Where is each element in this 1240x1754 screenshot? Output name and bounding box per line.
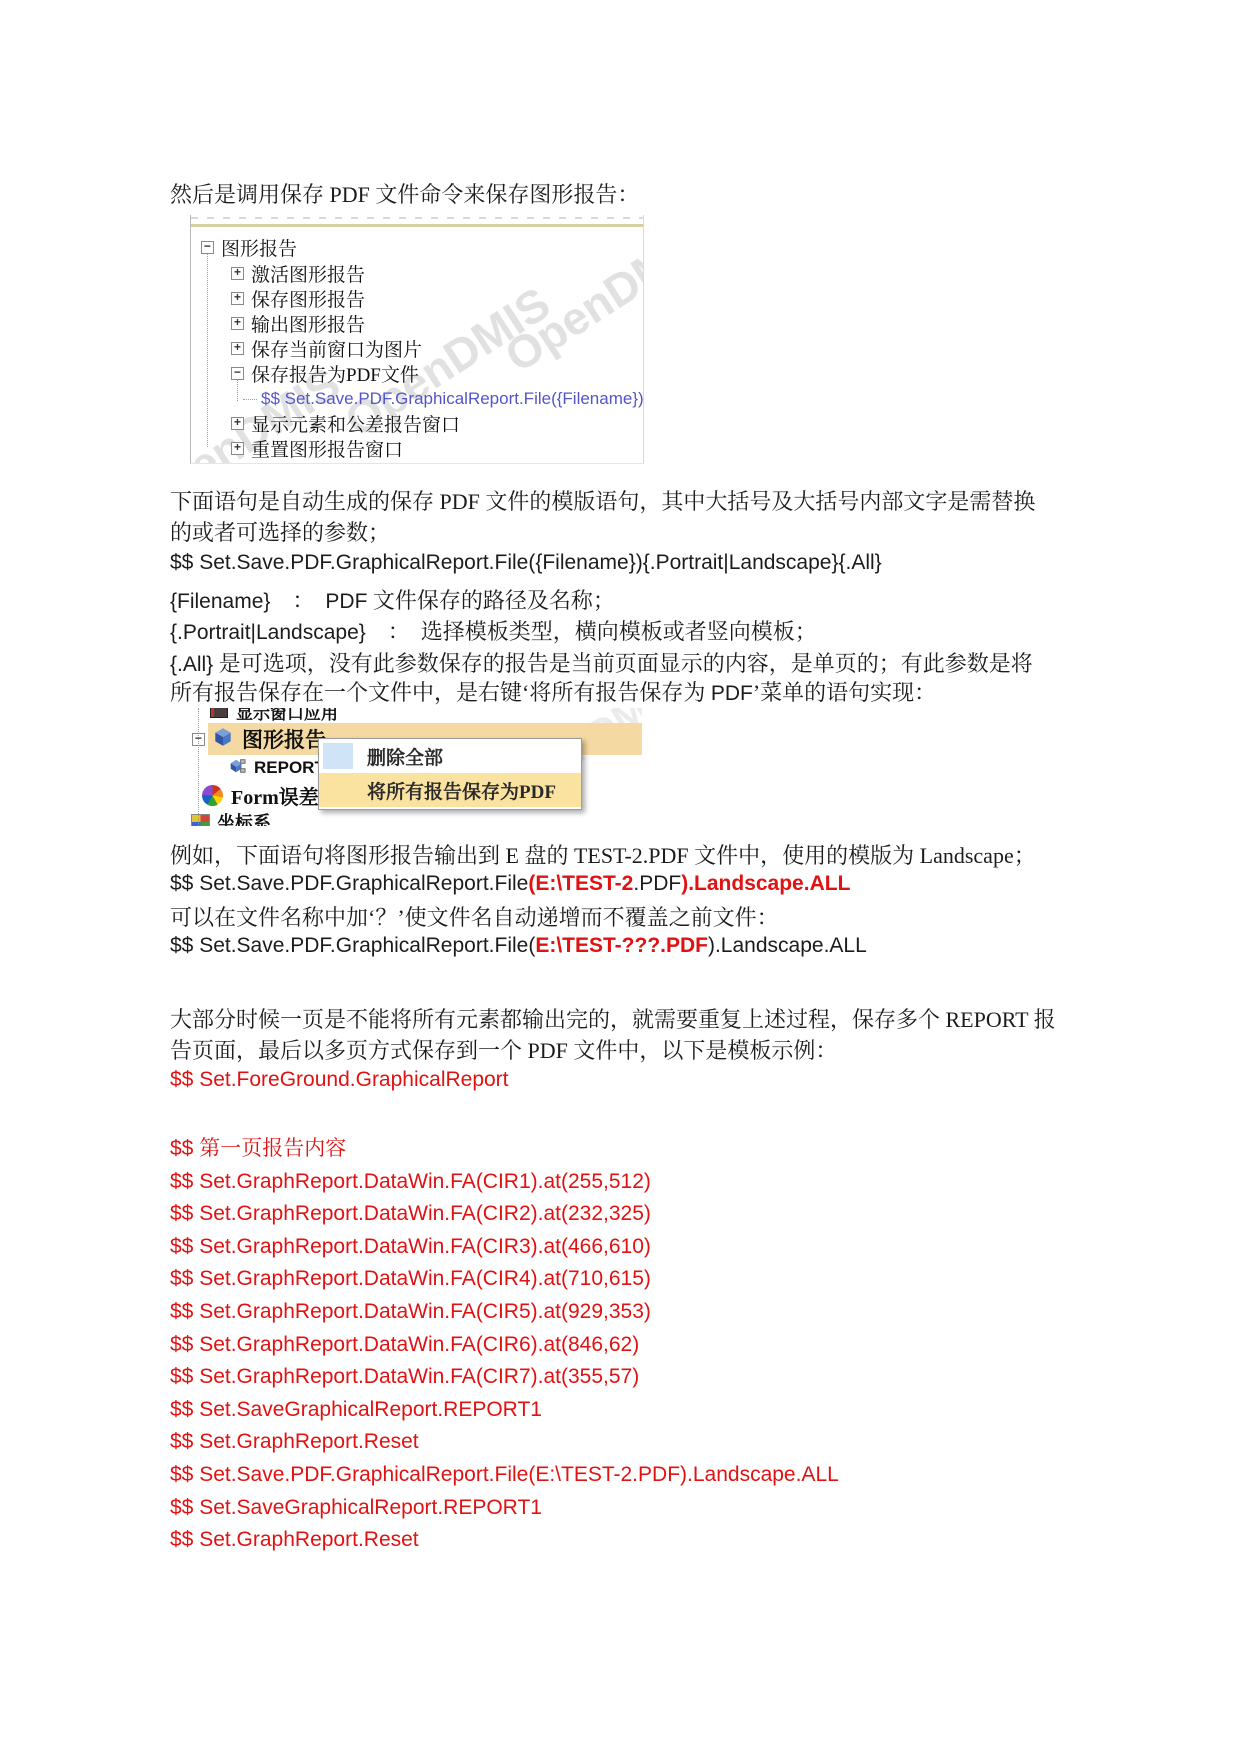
tree-item-label: 显示窗口应用 <box>236 708 338 724</box>
template-example-block: $$ 第一页报告内容 $$ Set.GraphReport.DataWin.FA… <box>170 1133 839 1557</box>
tree-item-label: 保存当前窗口为图片 <box>251 335 422 362</box>
param-term: {Filename} <box>170 590 270 613</box>
menu-item-delete-all[interactable]: 删除全部 <box>319 739 581 773</box>
tree-item-save-window-image[interactable]: + 保存当前窗口为图片 <box>231 336 422 360</box>
context-menu-screenshot-image: OpenDMIS 显示窗口应用 − 图形报告 REPORT1 Form误差 <box>190 708 642 826</box>
expand-minus-icon[interactable]: − <box>201 241 214 254</box>
menu-item-label: 删除全部 <box>367 743 443 770</box>
form-error-pie-icon <box>202 785 223 806</box>
heading-line: 然后是调用保存 PDF 文件命令来保存图形报告： <box>170 180 1080 210</box>
tree-item-label: $$ Set.Save.PDF.GraphicalReport.File({Fi… <box>261 389 644 409</box>
tree-item-label: 保存报告为PDF文件 <box>251 360 419 387</box>
tree-item-show-tolerance-window[interactable]: + 显示元素和公差报告窗口 <box>231 411 460 435</box>
param-desc: 是可选项，没有此参数保存的报告是当前页面显示的内容，是单页的；有此参数是将 <box>213 651 1033 676</box>
command-segment: $$ Set.Save.PDF.GraphicalReport.File( <box>170 934 535 957</box>
template-command-line: $$ Set.Save.PDF.GraphicalReport.File({Fi… <box>170 551 882 575</box>
tree-item-label: 输出图形报告 <box>251 310 365 337</box>
expand-plus-icon[interactable]: + <box>231 442 244 455</box>
param-term: {.Portrait|Landscape} <box>170 621 366 644</box>
example-command-line: $$ Set.Save.PDF.GraphicalReport.File(E:\… <box>170 872 850 896</box>
template-line: $$ Set.GraphReport.DataWin.FA(CIR5).at(9… <box>170 1296 839 1329</box>
command-segment-red: E:\TEST-???.PDF <box>535 934 708 957</box>
param-desc: 所有报告保存在一个文件中，是右键‘将所有报告保存为 <box>170 680 711 705</box>
paragraph-line: 告页面，最后以多页方式保存到一个 PDF 文件中，以下是模板示例： <box>170 1036 1080 1066</box>
expand-plus-icon[interactable]: + <box>231 417 244 430</box>
tree-item-reset-report-window[interactable]: + 重置图形报告窗口 <box>231 436 403 460</box>
template-line: $$ Set.GraphReport.DataWin.FA(CIR6).at(8… <box>170 1329 839 1362</box>
tree-item-label: 显示元素和公差报告窗口 <box>251 410 460 437</box>
tree-item-pdf-command[interactable]: $$ Set.Save.PDF.GraphicalReport.File({Fi… <box>243 387 644 411</box>
foreground-command-line: $$ Set.ForeGround.GraphicalReport <box>170 1068 509 1092</box>
template-line: $$ Set.GraphReport.DataWin.FA(CIR4).at(7… <box>170 1263 839 1296</box>
tree-item-label: 激活图形报告 <box>251 260 365 287</box>
param-desc: ： 选择模板类型，横向模板或者竖向模板； <box>366 619 817 644</box>
template-line: $$ Set.GraphReport.DataWin.FA(CIR3).at(4… <box>170 1231 839 1264</box>
tree-connector-line <box>207 249 208 447</box>
param-desc: 文件保存的路径及名称； <box>367 588 615 613</box>
example-intro-line: 例如，下面语句将图形报告输出到 E 盘的 TEST-2.PDF 文件中，使用的模… <box>170 841 1080 871</box>
tree-item-save-report[interactable]: + 保存图形报告 <box>231 286 365 310</box>
command-segment: .PDF <box>633 872 681 895</box>
example-command-line: $$ Set.Save.PDF.GraphicalReport.File(E:\… <box>170 934 867 958</box>
command-segment: $$ Set.Save.PDF.GraphicalReport.File <box>170 872 528 895</box>
expand-plus-icon[interactable]: + <box>231 317 244 330</box>
example-intro-line: 可以在文件名称中加‘？’使文件名自动递增而不覆盖之前文件： <box>170 903 1080 933</box>
param-term: {.All} <box>170 653 213 676</box>
template-line: $$ 第一页报告内容 <box>170 1133 839 1166</box>
paragraph-line: 的或者可选择的参数； <box>170 518 1080 548</box>
menu-item-label: 将所有报告保存为PDF <box>367 777 556 804</box>
expand-plus-icon[interactable]: + <box>231 292 244 305</box>
template-line: $$ Set.GraphReport.DataWin.FA(CIR1).at(2… <box>170 1166 839 1199</box>
tree-item-label: 坐标系 <box>217 809 271 826</box>
template-line: $$ Set.GraphReport.Reset <box>170 1524 839 1557</box>
paragraph-line: 下面语句是自动生成的保存 PDF 文件的模版语句，其中大括号及大括号内部文字是需… <box>170 487 1080 517</box>
tree-item-clipped-bottom[interactable]: 坐标系 <box>192 810 271 826</box>
report-cube-icon <box>212 726 234 753</box>
tree-item-graphical-report[interactable]: − 图形报告 <box>192 723 326 755</box>
expand-minus-icon[interactable]: − <box>231 367 244 380</box>
panel-top-border <box>191 224 643 227</box>
menu-icon-cell <box>323 743 353 769</box>
grid-icon <box>192 815 209 826</box>
command-segment-red: ).Landscape.ALL <box>681 872 850 895</box>
tree-connector-stub <box>243 399 257 400</box>
template-line: $$ Set.Save.PDF.GraphicalReport.File(E:\… <box>170 1459 839 1492</box>
param-all-line: {.All} 是可选项，没有此参数保存的报告是当前页面显示的内容，是单页的；有此… <box>170 647 1033 678</box>
param-orientation-line: {.Portrait|Landscape} ： 选择模板类型，横向模板或者竖向模… <box>170 615 817 646</box>
tree-item-save-report-pdf[interactable]: − 保存报告为PDF文件 <box>231 361 419 385</box>
tree-item-label: 图形报告 <box>221 234 297 261</box>
tree-item-label: 保存图形报告 <box>251 285 365 312</box>
param-desc: ’菜单的语句实现： <box>753 680 936 705</box>
template-line: $$ Set.SaveGraphicalReport.REPORT1 <box>170 1394 839 1427</box>
param-filename-line: {Filename} ： PDF 文件保存的路径及名称； <box>170 584 615 615</box>
template-line: $$ Set.GraphReport.DataWin.FA(CIR2).at(2… <box>170 1198 839 1231</box>
report-node-icon <box>228 757 246 780</box>
clipped-row-artifact <box>191 217 643 219</box>
context-menu: 删除全部 将所有报告保存为PDF <box>318 738 582 810</box>
tree-item-label: 重置图形报告窗口 <box>251 435 403 462</box>
menu-item-save-all-pdf[interactable]: 将所有报告保存为PDF <box>319 773 581 807</box>
param-separator: ： <box>270 588 325 613</box>
param-latin: PDF <box>325 590 367 613</box>
tree-item-output-report[interactable]: + 输出图形报告 <box>231 311 365 335</box>
tree-item-label: Form误差 <box>231 781 319 810</box>
tree-item-form-error[interactable]: Form误差 <box>202 782 319 809</box>
tree-item-label: 图形报告 <box>242 724 326 754</box>
document-page: 然后是调用保存 PDF 文件命令来保存图形报告： OpenDMIS OpenDM… <box>0 0 1240 1754</box>
template-line: $$ Set.GraphReport.Reset <box>170 1426 839 1459</box>
param-all-line2: 所有报告保存在一个文件中，是右键‘将所有报告保存为 PDF’菜单的语句实现： <box>170 678 1080 709</box>
window-grid-icon <box>210 708 228 718</box>
tree-connector-line <box>198 708 199 826</box>
template-line: $$ Set.GraphReport.DataWin.FA(CIR7).at(3… <box>170 1361 839 1394</box>
expand-plus-icon[interactable]: + <box>231 267 244 280</box>
param-latin: PDF <box>711 682 753 705</box>
tree-screenshot-image: OpenDMIS OpenDMIS OpenDMIS − 图形报告 + 激活图形… <box>190 215 644 464</box>
tree-item-activate-report[interactable]: + 激活图形报告 <box>231 261 365 285</box>
command-segment: ).Landscape.ALL <box>708 934 867 957</box>
expand-plus-icon[interactable]: + <box>231 342 244 355</box>
template-line: $$ Set.SaveGraphicalReport.REPORT1 <box>170 1492 839 1525</box>
tree-item-clipped-top[interactable]: 显示窗口应用 <box>210 708 338 723</box>
paragraph-line: 大部分时候一页是不能将所有元素都输出完的，就需要重复上述过程，保存多个 REPO… <box>170 1005 1080 1035</box>
tree-item-graphical-report[interactable]: − 图形报告 <box>201 235 297 259</box>
command-segment-red: (E:\TEST-2 <box>528 872 633 895</box>
